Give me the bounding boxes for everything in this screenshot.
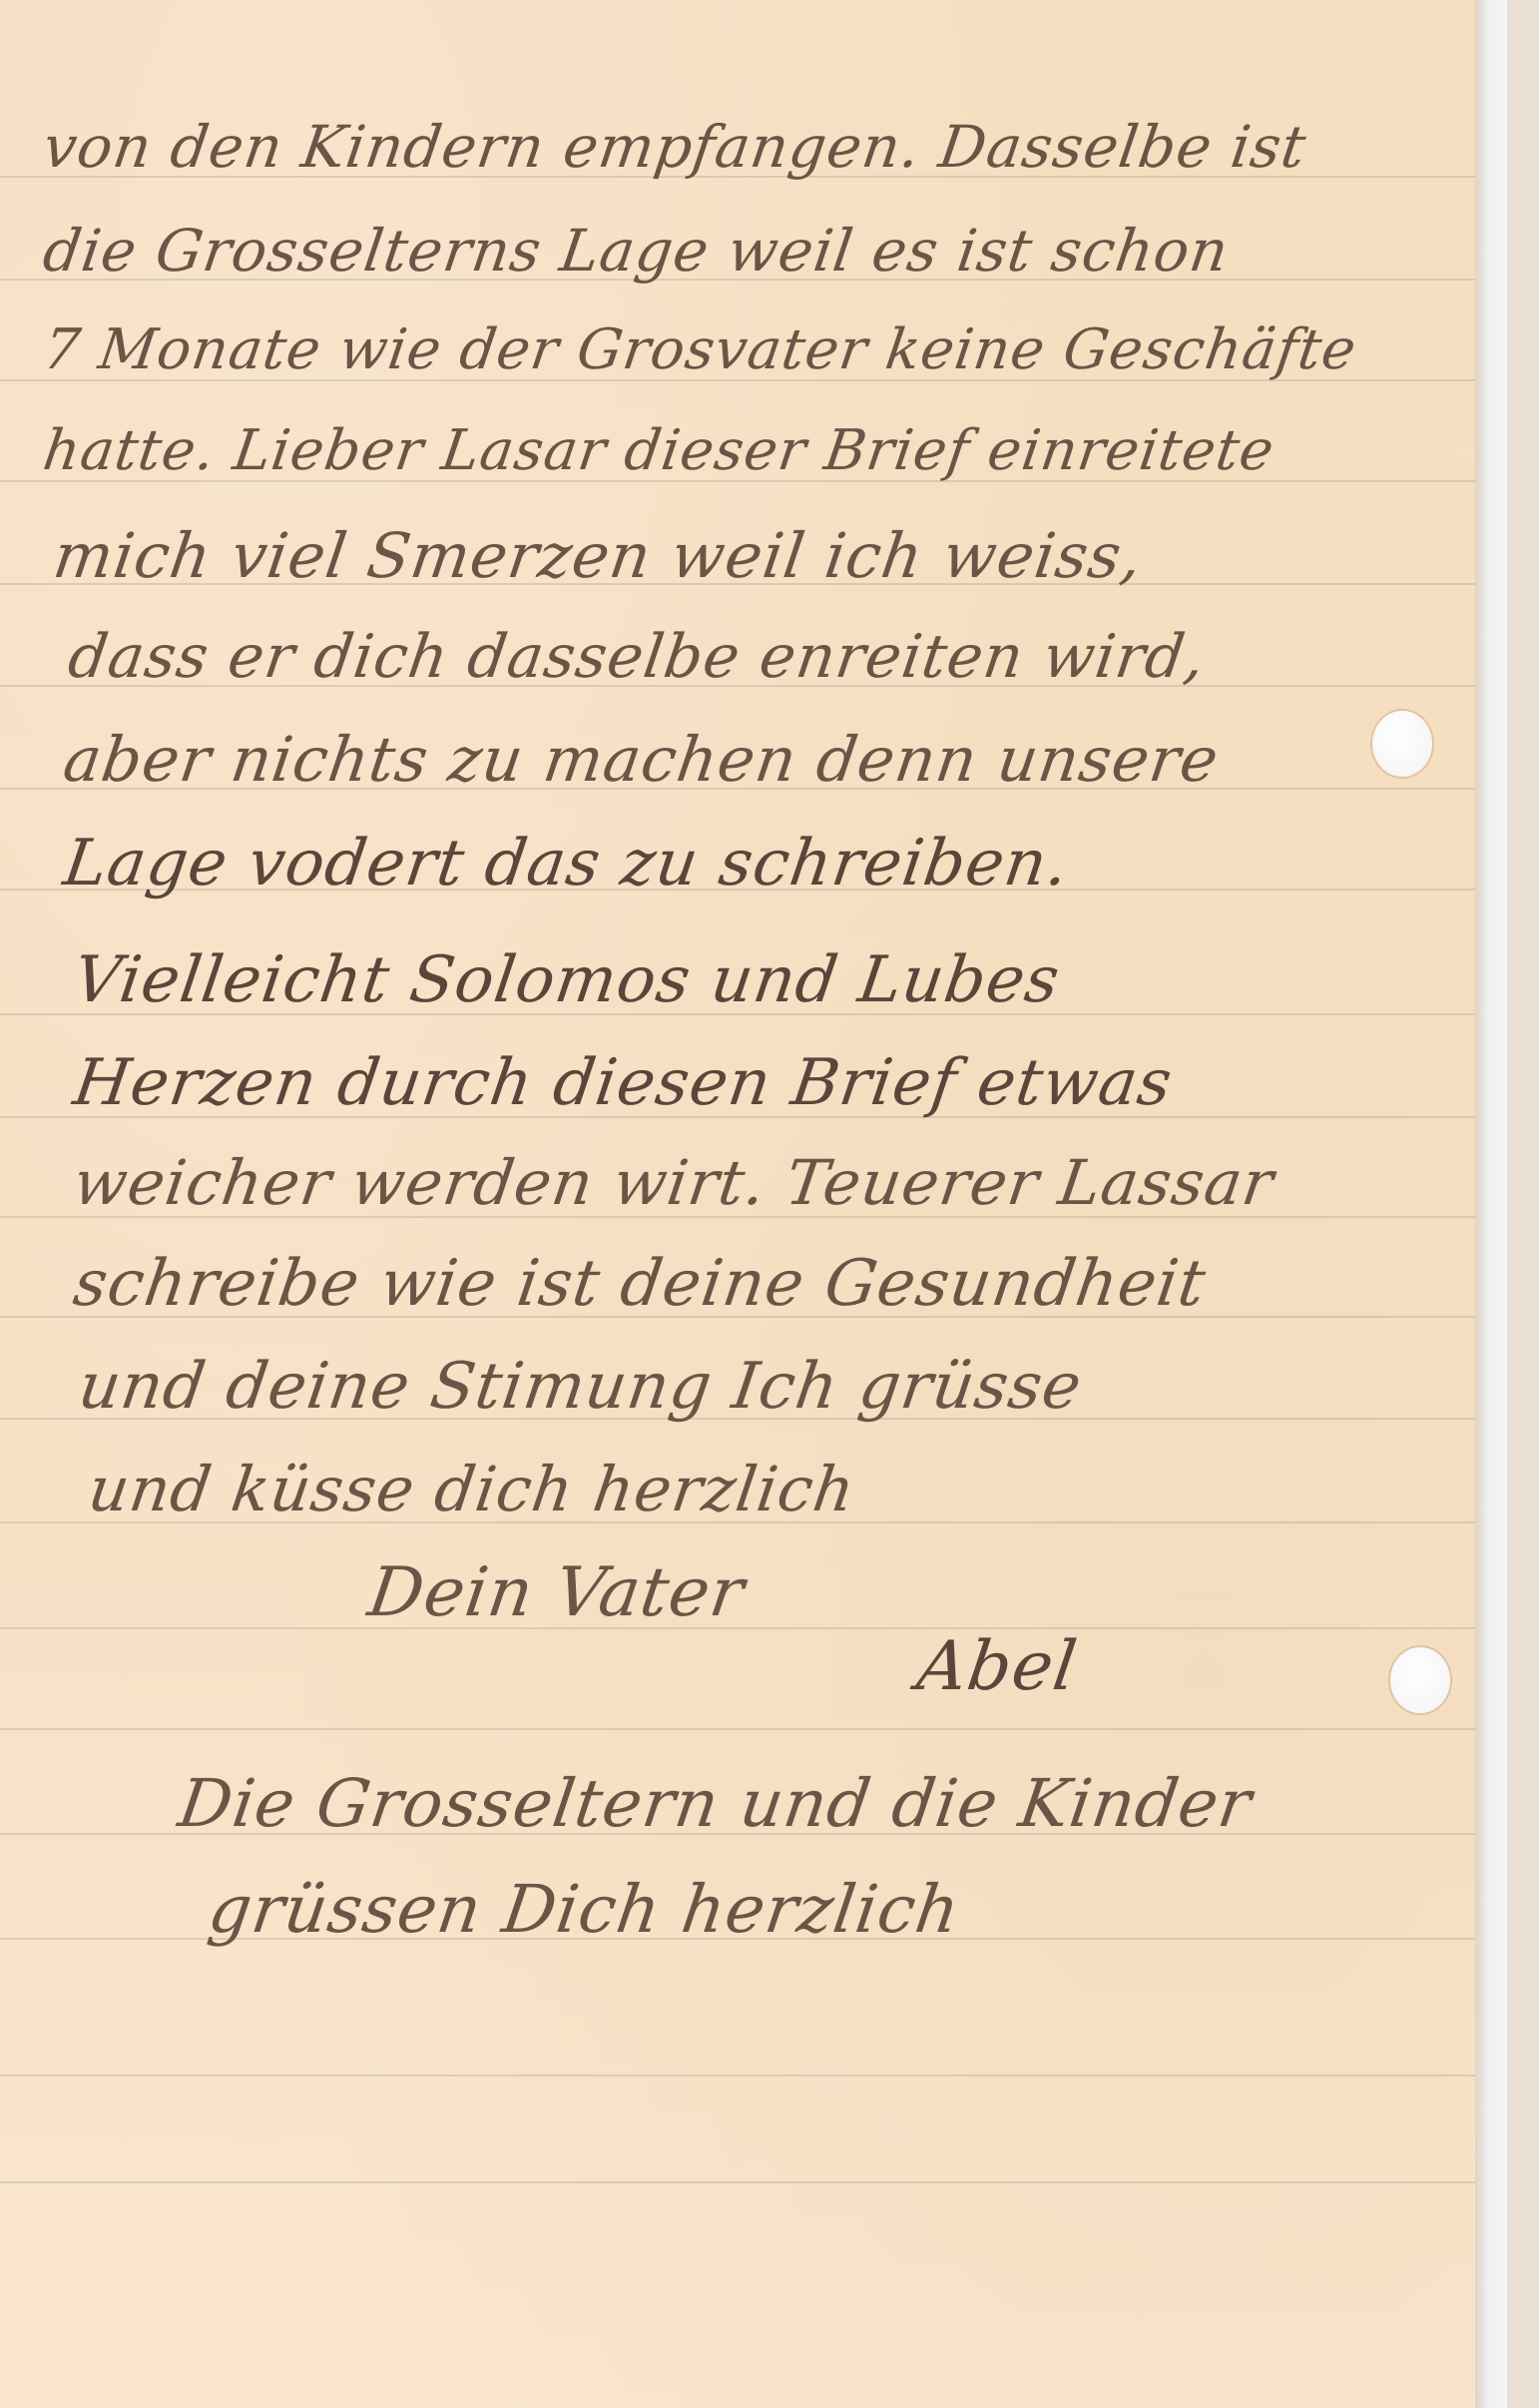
postscript-line: grüssen Dich herzlich <box>205 1877 964 1943</box>
punch-hole <box>1390 1647 1450 1713</box>
letter-line: 7 Monate wie der Grosvater keine Geschäf… <box>40 322 1360 378</box>
letter-line: mich viel Smerzen weil ich weiss, <box>50 525 1147 587</box>
closing-salutation: Dein Vater <box>364 1559 749 1627</box>
signature: Abel <box>913 1633 1081 1701</box>
paper-edge <box>1475 0 1507 2408</box>
letter-page: von den Kindern empfangen. Dasselbe ist … <box>0 0 1507 2408</box>
letter-line: aber nichts zu machen denn unsere <box>60 729 1223 791</box>
postscript-line: Die Grosseltern und die Kinder <box>175 1771 1256 1837</box>
letter-line: hatte. Lieber Lasar dieser Brief einreit… <box>40 423 1278 479</box>
letter-line: Lage vodert das zu schreiben. <box>60 832 1073 896</box>
letter-line: Herzen durch diesen Brief etwas <box>70 1051 1177 1115</box>
letter-line: von den Kindern empfangen. Dasselbe ist <box>40 118 1310 176</box>
letter-line: weicher werden wirt. Teuerer Lassar <box>70 1152 1278 1214</box>
ruled-line <box>0 1627 1507 1629</box>
letter-line: Vielleicht Solomos und Lubes <box>70 948 1064 1012</box>
letter-line: und küsse dich herzlich <box>85 1459 859 1520</box>
letter-line: und deine Stimung Ich grüsse <box>75 1355 1086 1419</box>
letter-line: dass er dich dasselbe enreiten wird, <box>65 627 1209 687</box>
ruled-line <box>0 2075 1507 2077</box>
letter-line: die Grosselterns Lage weil es ist schon <box>40 222 1233 280</box>
letter-line: schreibe wie ist deine Gesundheit <box>70 1252 1210 1316</box>
punch-hole <box>1372 711 1432 777</box>
ruled-line <box>0 2181 1507 2183</box>
ruled-line <box>0 1728 1507 1730</box>
